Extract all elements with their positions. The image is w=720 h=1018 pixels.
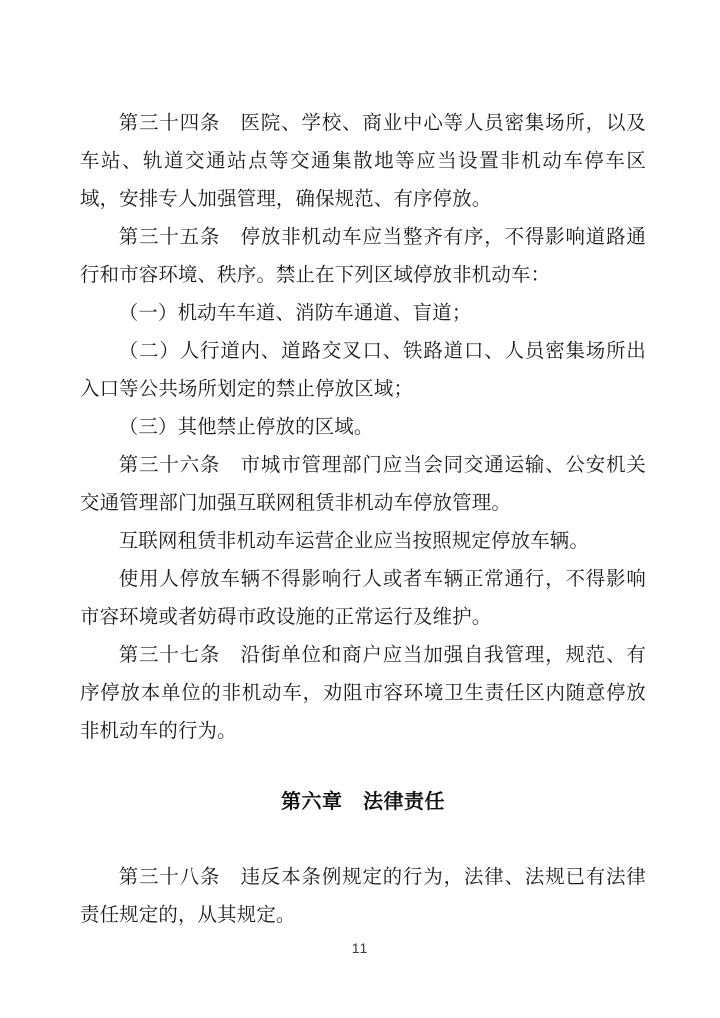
article-paragraph: 第三十八条 违反本条例规定的行为，法律、法规已有法律责任规定的，从其规定。	[80, 858, 646, 934]
document-body: 第三十四条 医院、学校、商业中心等人员密集场所，以及车站、轨道交通站点等交通集散…	[80, 104, 646, 934]
chapter-heading: 第六章 法律责任	[80, 783, 646, 821]
article-paragraph: 第三十七条 沿街单位和商户应当加强自我管理，规范、有序停放本单位的非机动车，劝阻…	[80, 636, 646, 750]
article-paragraph: 使用人停放车辆不得影响行人或者车辆正常通行，不得影响市容环境或者妨碍市政设施的正…	[80, 560, 646, 636]
document-page: 第三十四条 医院、学校、商业中心等人员密集场所，以及车站、轨道交通站点等交通集散…	[0, 0, 720, 1018]
article-paragraph: 第三十六条 市城市管理部门应当会同交通运输、公安机关交通管理部门加强互联网租赁非…	[80, 446, 646, 522]
article-paragraph: （三）其他禁止停放的区域。	[80, 408, 646, 446]
article-paragraph: （二）人行道内、道路交叉口、铁路道口、人员密集场所出入口等公共场所划定的禁止停放…	[80, 332, 646, 408]
article-paragraph: 第三十五条 停放非机动车应当整齐有序，不得影响道路通行和市容环境、秩序。禁止在下…	[80, 218, 646, 294]
article-paragraph: （一）机动车车道、消防车通道、盲道；	[80, 294, 646, 332]
article-paragraph: 互联网租赁非机动车运营企业应当按照规定停放车辆。	[80, 522, 646, 560]
page-number: 11	[0, 938, 720, 958]
article-paragraph: 第三十四条 医院、学校、商业中心等人员密集场所，以及车站、轨道交通站点等交通集散…	[80, 104, 646, 218]
